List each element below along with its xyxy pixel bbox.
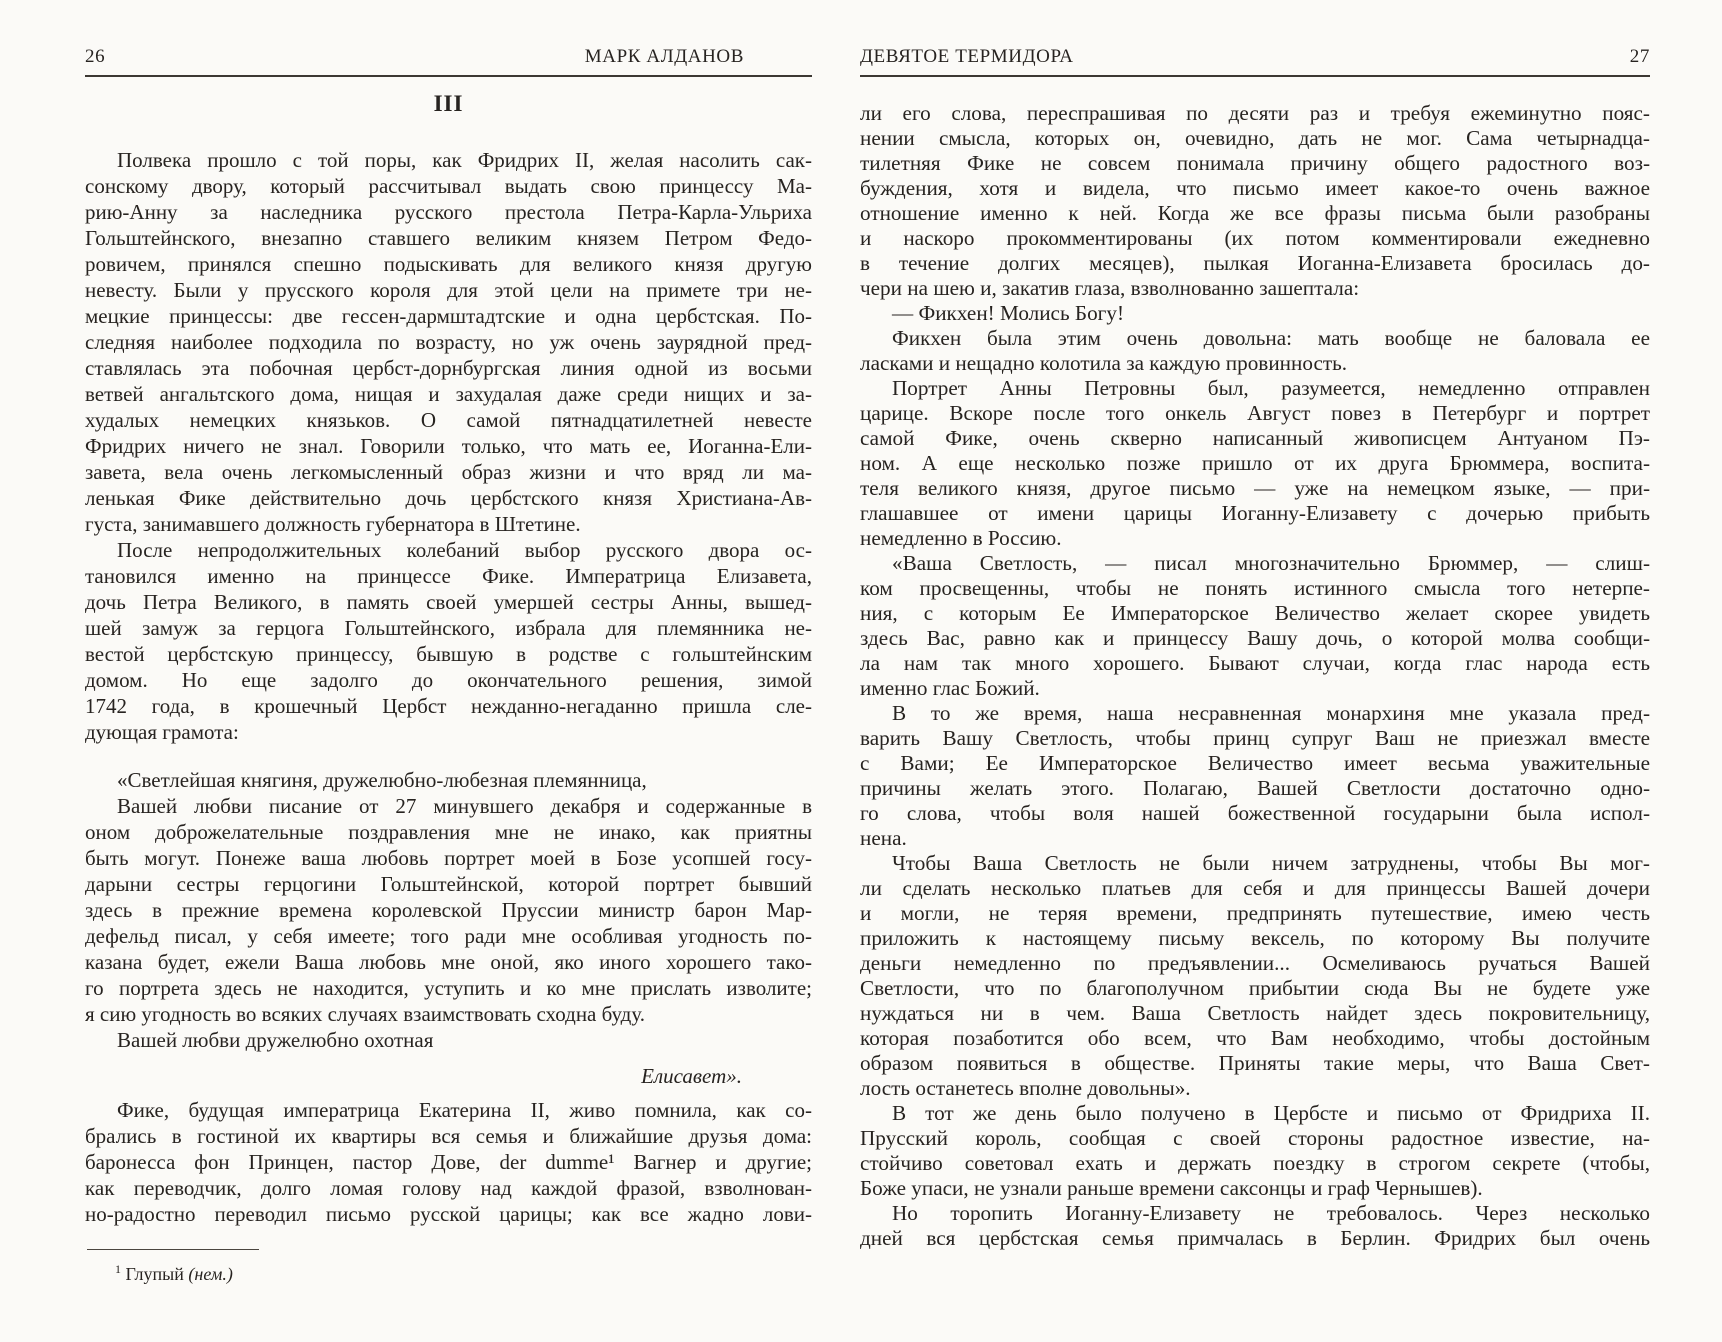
text-line: ла нам так много хорошего. Бывают случаи…	[860, 651, 1650, 676]
text-line: дней вся цербстская семья примчалась в Б…	[860, 1226, 1650, 1251]
text-line: ном. А еще несколько позже пришло от их …	[860, 451, 1650, 476]
text-line: немедленно в Россию.	[860, 526, 1650, 551]
text-line: образом появиться в обществе. Приняты та…	[860, 1051, 1650, 1076]
text-line: и наскоро прокомментированы (их потом ко…	[860, 226, 1650, 251]
text-line: ния, с которым Ее Императорское Величест…	[860, 601, 1650, 626]
footnote-block: 1 Глупый (нем.)	[85, 1249, 812, 1286]
text-line: стойчиво советовал ехать и держать поезд…	[860, 1151, 1650, 1176]
text-line: рию-Анну за наследника русского престола…	[85, 199, 812, 225]
text-line: дующая грамота:	[85, 719, 812, 745]
text-line: ставлялась эта побочная цербст-дорнбургс…	[85, 355, 812, 381]
text-line: ленькая Фике действительно дочь цербстск…	[85, 485, 812, 511]
page-number-right: 27	[1630, 46, 1650, 68]
text-line: нении смысла, которых он, очевидно, дать…	[860, 126, 1650, 151]
paragraph: Вашей любви писание от 27 минувшего дека…	[85, 793, 812, 1027]
text-line: я сию угодность во всяких случаях взаимс…	[85, 1001, 812, 1027]
text-line: именно глас Божий.	[860, 676, 1650, 701]
paragraph: «Ваша Светлость, — писал многозначительн…	[860, 551, 1650, 701]
text-line: Фридрих ничего не знал. Говорили только,…	[85, 433, 812, 459]
text-line: деньги немедленно по предъявлении... Осм…	[860, 951, 1650, 976]
running-title-book: ДЕВЯТОЕ ТЕРМИДОРА	[860, 46, 1074, 68]
text-line: ветвей ангальтского дома, нищая и захуда…	[85, 381, 812, 407]
footnote-text: 1 Глупый (нем.)	[85, 1257, 812, 1286]
text-line: с Вами; Ее Императорское Величество имее…	[860, 751, 1650, 776]
left-page-header: 26 МАРК АЛДАНОВ	[85, 46, 812, 77]
text-line: и могли, не теряя времени, предпринять п…	[860, 901, 1650, 926]
text-line: Чтобы Ваша Светлость не были ничем затру…	[860, 851, 1650, 876]
text-line: ли его слова, переспрашивая по десяти ра…	[860, 101, 1650, 126]
paragraph: «Светлейшая княгиня, дружелюбно-любезная…	[85, 767, 812, 793]
text-line: Гольштейнского, внезапно ставшего велики…	[85, 225, 812, 251]
text-line: невесту. Были у прусского короля для это…	[85, 277, 812, 303]
text-line: следняя наиболее подходила по возрасту, …	[85, 329, 812, 355]
text-line: В тот же день было получено в Цербсте и …	[860, 1101, 1650, 1126]
text-line: дефельд писал, у себя имеете; того ради …	[85, 923, 812, 949]
text-line: быть могут. Понеже ваша любовь портрет м…	[85, 845, 812, 871]
text-line: го слова, чтобы воля нашей божественной …	[860, 801, 1650, 826]
text-line: здесь Вас, равно как и принцессу Вашу до…	[860, 626, 1650, 651]
text-line: После непродолжительных колебаний выбор …	[85, 537, 812, 563]
text-line: мецкие принцессы: две гессен-дармштадтск…	[85, 303, 812, 329]
text-line: Полвека прошло с той поры, как Фридрих I…	[85, 147, 812, 173]
text-line: баронесса фон Принцен, пастор Дове, der …	[85, 1149, 812, 1175]
paragraph: Но торопить Иоганну-Елизавету не требова…	[860, 1201, 1650, 1251]
text-line: ли сделать несколько платьев для себя и …	[860, 876, 1650, 901]
paragraph: ли его слова, переспрашивая по десяти ра…	[860, 101, 1650, 301]
text-line: тановился именно на принцессе Фике. Импе…	[85, 563, 812, 589]
text-line: приложить к настоящему письму вексель, п…	[860, 926, 1650, 951]
text-line: ласками и нещадно колотила за каждую про…	[860, 351, 1650, 376]
paragraph: Фикхен была этим очень довольна: мать во…	[860, 326, 1650, 376]
text-line: самой Фике, очень скверно написанный жив…	[860, 426, 1650, 451]
paragraph: Вашей любви дружелюбно охотная	[85, 1027, 812, 1053]
text-line: «Светлейшая княгиня, дружелюбно-любезная…	[85, 767, 812, 793]
paragraph: — Фикхен! Молись Богу!	[860, 301, 1650, 326]
text-line: Боже упаси, не узнали раньше времени сак…	[860, 1176, 1650, 1201]
paragraph: В тот же день было получено в Цербсте и …	[860, 1101, 1650, 1201]
right-page-body: ли его слова, переспрашивая по десяти ра…	[860, 101, 1650, 1251]
footnote-word: Глупый	[126, 1264, 184, 1284]
paragraph: После непродолжительных колебаний выбор …	[85, 537, 812, 745]
text-line: отношение именно к ней. Когда же все фра…	[860, 201, 1650, 226]
text-line: Фике, будущая императрица Екатерина II, …	[85, 1097, 812, 1123]
text-line: царице. Вскоре после того онкель Август …	[860, 401, 1650, 426]
text-line: буждения, хотя и видела, что письмо имее…	[860, 176, 1650, 201]
text-line: дарыни сестры герцогини Гольштейнской, к…	[85, 871, 812, 897]
right-page: ДЕВЯТОЕ ТЕРМИДОРА 27 ли его слова, перес…	[860, 46, 1650, 1251]
text-line: худалых немецких князьков. О самой пятна…	[85, 407, 812, 433]
letter-signature: Елисавет».	[85, 1063, 812, 1089]
text-line: нуждаться ни в чем. Ваша Светлость найде…	[860, 1001, 1650, 1026]
text-line: теля великого князя, другое письмо — уже…	[860, 476, 1650, 501]
text-line: Прусский король, сообщая с своей стороны…	[860, 1126, 1650, 1151]
text-line: варить Вашу Светлость, чтобы принц супру…	[860, 726, 1650, 751]
text-line: Портрет Анны Петровны был, разумеется, н…	[860, 376, 1650, 401]
chapter-heading: III	[85, 91, 812, 117]
paragraph: Чтобы Ваша Светлость не были ничем затру…	[860, 851, 1650, 1101]
book-spread-scan: { "meta": { "paper_color": "#fbfaf7", "i…	[0, 0, 1722, 1342]
page-number-left: 26	[85, 46, 105, 68]
text-line: которая позаботится обо всем, что Вам не…	[860, 1026, 1650, 1051]
text-line: Фикхен была этим очень довольна: мать во…	[860, 326, 1650, 351]
footnote-rule	[87, 1249, 259, 1250]
text-line: Вашей любви дружелюбно охотная	[85, 1027, 812, 1053]
text-line: Светлости, что по благополучном прибытии…	[860, 976, 1650, 1001]
text-line: ровичем, принялся спешно подыскивать для…	[85, 251, 812, 277]
text-line: го портрета здесь не находится, уступить…	[85, 975, 812, 1001]
spacer	[85, 1089, 812, 1097]
running-title-author: МАРК АЛДАНОВ	[585, 46, 744, 68]
paragraph: Портрет Анны Петровны был, разумеется, н…	[860, 376, 1650, 551]
text-line: Но торопить Иоганну-Елизавету не требова…	[860, 1201, 1650, 1226]
text-line: ком просвещенны, чтобы не понять истинно…	[860, 576, 1650, 601]
left-page-body: IIIПолвека прошло с той поры, как Фридри…	[85, 91, 812, 1227]
text-line: тилетняя Фике не совсем понимала причину…	[860, 151, 1650, 176]
right-page-header: ДЕВЯТОЕ ТЕРМИДОРА 27	[860, 46, 1650, 77]
text-line: в течение долгих месяцев), пылкая Иоганн…	[860, 251, 1650, 276]
text-line: чери на шею и, закатив глаза, взволнован…	[860, 276, 1650, 301]
text-line: сонскому двору, который рассчитывал выда…	[85, 173, 812, 199]
text-line: здесь в прежние времена королевской Прус…	[85, 897, 812, 923]
text-line: нена.	[860, 826, 1650, 851]
paragraph: Полвека прошло с той поры, как Фридрих I…	[85, 147, 812, 537]
text-line: вестой цербстскую принцессу, бывшую в ро…	[85, 641, 812, 667]
left-page: 26 МАРК АЛДАНОВ IIIПолвека прошло с той …	[85, 46, 812, 1286]
text-line: 1742 года, в крошечный Цербст нежданно-н…	[85, 693, 812, 719]
spacer	[85, 745, 812, 767]
text-line: густа, занимавшего должность губернатора…	[85, 511, 812, 537]
text-line: «Ваша Светлость, — писал многозначительн…	[860, 551, 1650, 576]
footnote-marker: 1	[115, 1262, 121, 1276]
text-line: Вашей любви писание от 27 минувшего дека…	[85, 793, 812, 819]
footnote-language-note: (нем.)	[188, 1264, 232, 1284]
text-line: лость останетесь вполне довольны».	[860, 1076, 1650, 1101]
text-line: глашавшее от имени царицы Иоганну-Елизав…	[860, 501, 1650, 526]
text-line: завета, вела очень легкомысленный образ …	[85, 459, 812, 485]
spacer	[85, 1053, 812, 1063]
text-line: дочь Петра Великого, в память своей умер…	[85, 589, 812, 615]
text-line: домом. Но еще задолго до окончательного …	[85, 667, 812, 693]
text-line: шей замуж за герцога Гольштейнского, изб…	[85, 615, 812, 641]
text-line: В то же время, наша несравненная монархи…	[860, 701, 1650, 726]
text-line: казана будет, ежели Ваша любовь мне оной…	[85, 949, 812, 975]
text-line: — Фикхен! Молись Богу!	[860, 301, 1650, 326]
text-line: но-радостно переводил письмо русской цар…	[85, 1201, 812, 1227]
text-line: брались в гостиной их квартиры вся семья…	[85, 1123, 812, 1149]
text-line: оном доброжелательные поздравления мне н…	[85, 819, 812, 845]
paragraph: В то же время, наша несравненная монархи…	[860, 701, 1650, 851]
paragraph: Фике, будущая императрица Екатерина II, …	[85, 1097, 812, 1227]
text-line: причины желать этого. Полагаю, Вашей Све…	[860, 776, 1650, 801]
text-line: как переводчик, долго ломая голову над к…	[85, 1175, 812, 1201]
